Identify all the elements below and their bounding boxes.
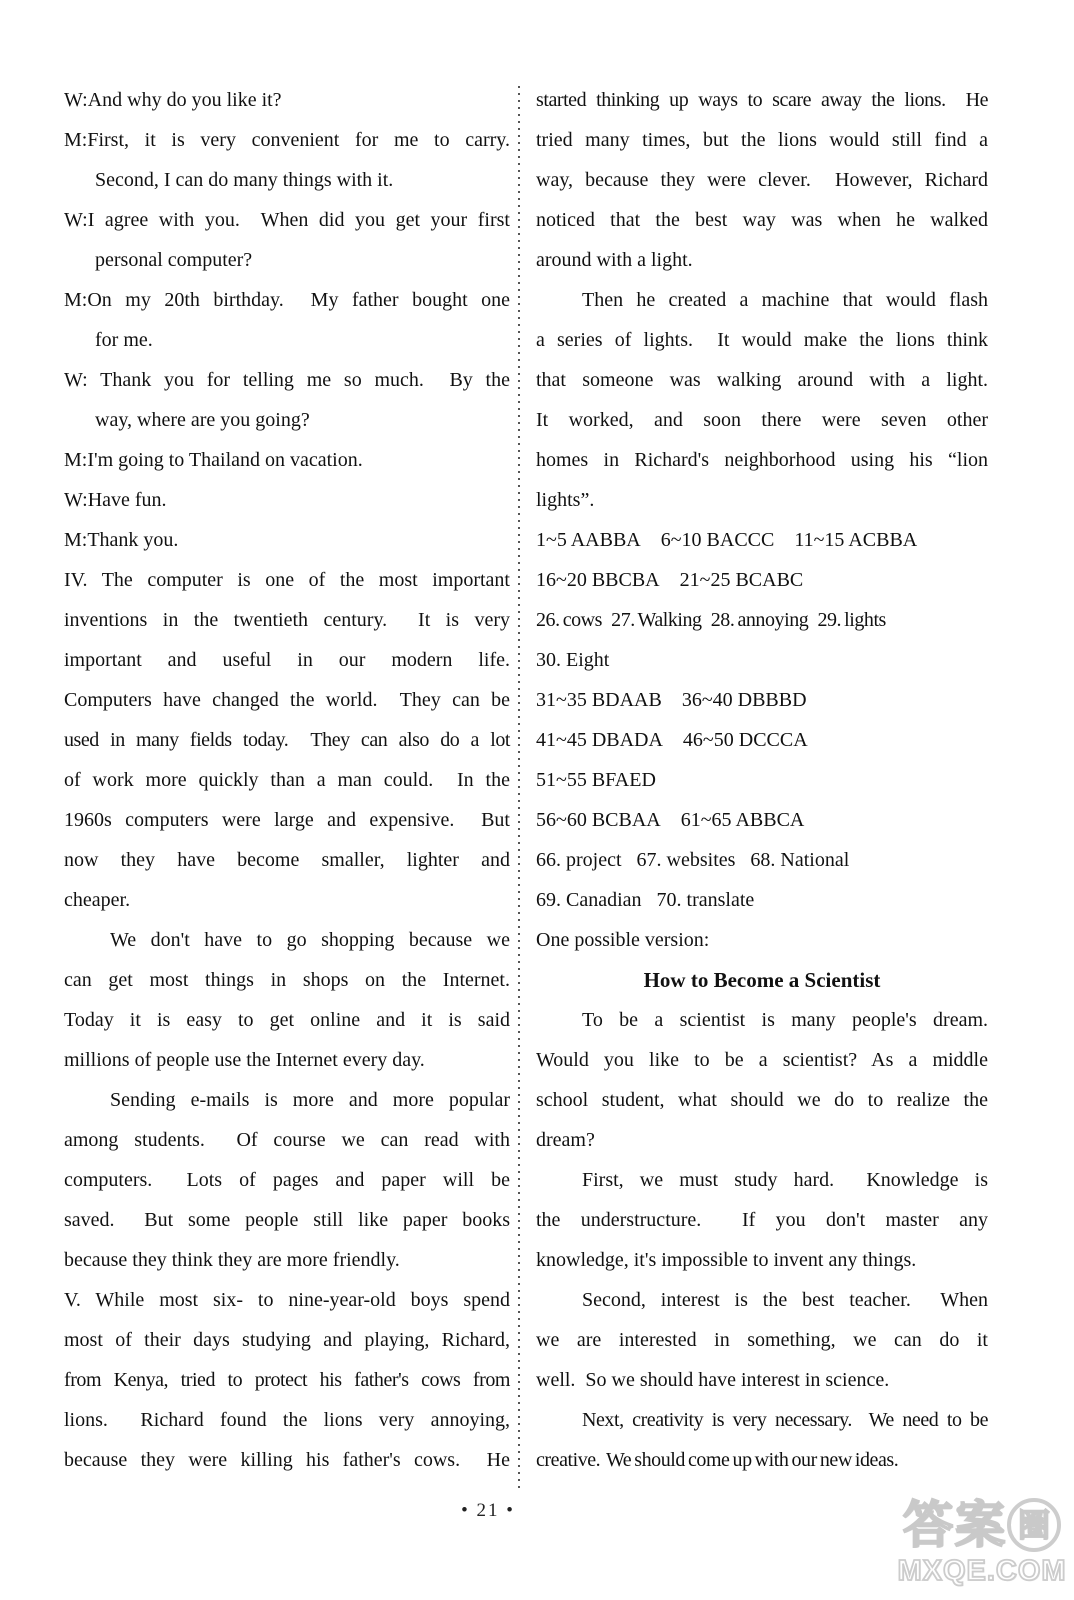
text-line: Second, I can do many things with it. (64, 160, 510, 200)
text-line: 66. project 67. websites 68. National (536, 840, 988, 880)
text-line: we are interested in something, we can d… (536, 1320, 988, 1360)
text-line: creative. We should come up with our new… (536, 1440, 988, 1480)
text-line: M:Thank you. (64, 520, 510, 560)
text-line: How to Become a Scientist (536, 960, 988, 1000)
watermark-site-text: MXQE.COM (890, 1556, 1074, 1586)
text-line: because they think they are more friendl… (64, 1240, 510, 1280)
text-line: Then he created a machine that would fla… (536, 280, 988, 320)
text-line: lions. Richard found the lions very anno… (64, 1400, 510, 1440)
text-line: among students. Of course we can read wi… (64, 1120, 510, 1160)
text-line: 16~20 BBCBA 21~25 BCABC (536, 560, 988, 600)
text-line: We don't have to go shopping because we (64, 920, 510, 960)
text-line: for me. (64, 320, 510, 360)
text-line: homes in Richard's neighborhood using hi… (536, 440, 988, 480)
watermark-char: 案 (955, 1500, 1005, 1550)
text-line: 41~45 DBADA 46~50 DCCCA (536, 720, 988, 760)
text-line: 56~60 BCBAA 61~65 ABBCA (536, 800, 988, 840)
text-line: V. While most six- to nine-year-old boys… (64, 1280, 510, 1320)
text-line: cheaper. (64, 880, 510, 920)
text-line: inventions in the twentieth century. It … (64, 600, 510, 640)
text-line: personal computer? (64, 240, 510, 280)
text-line: 51~55 BFAED (536, 760, 988, 800)
text-line: 1960s computers were large and expensive… (64, 800, 510, 840)
text-line: knowledge, it's impossible to invent any… (536, 1240, 988, 1280)
watermark: 答 案 圈 MXQE.COM (890, 1494, 1074, 1586)
text-line: most of their days studying and playing,… (64, 1320, 510, 1360)
text-line: Computers have changed the world. They c… (64, 680, 510, 720)
answer-key-page: W:And why do you like it?M:First, it is … (0, 0, 1074, 1600)
text-line: 1~5 AABBA 6~10 BACCC 11~15 ACBBA (536, 520, 988, 560)
text-line: around with a light. (536, 240, 988, 280)
text-line: the understructure. If you don't master … (536, 1200, 988, 1240)
text-line: W:I agree with you. When did you get you… (64, 200, 510, 240)
text-line: W: Thank you for telling me so much. By … (64, 360, 510, 400)
text-line: can get most things in shops on the Inte… (64, 960, 510, 1000)
text-line: computers. Lots of pages and paper will … (64, 1160, 510, 1200)
text-line: Today it is easy to get online and it is… (64, 1000, 510, 1040)
text-line: M:On my 20th birthday. My father bought … (64, 280, 510, 320)
text-line: 31~35 BDAAB 36~40 DBBBD (536, 680, 988, 720)
text-line: school student, what should we do to rea… (536, 1080, 988, 1120)
text-line: One possible version: (536, 920, 988, 960)
watermark-circle-icon: 圈 (1007, 1498, 1061, 1552)
watermark-logo: 答 案 圈 (890, 1494, 1074, 1556)
text-line: a series of lights. It would make the li… (536, 320, 988, 360)
text-line: Would you like to be a scientist? As a m… (536, 1040, 988, 1080)
column-divider (518, 86, 520, 1492)
text-line: First, we must study hard. Knowledge is (536, 1160, 988, 1200)
text-line: tried many times, but the lions would st… (536, 120, 988, 160)
text-line: noticed that the best way was when he wa… (536, 200, 988, 240)
text-line: well. So we should have interest in scie… (536, 1360, 988, 1400)
text-line: way, where are you going? (64, 400, 510, 440)
text-line: because they were killing his father's c… (64, 1440, 510, 1480)
text-line: used in many fields today. They can also… (64, 720, 510, 760)
text-line: 69. Canadian 70. translate (536, 880, 988, 920)
text-line: W:And why do you like it? (64, 80, 510, 120)
text-line: from Kenya, tried to protect his father'… (64, 1360, 510, 1400)
text-line: saved. But some people still like paper … (64, 1200, 510, 1240)
text-line: Sending e-mails is more and more popular (64, 1080, 510, 1120)
left-column: W:And why do you like it?M:First, it is … (64, 80, 510, 1480)
text-line: 26. cows 27. Walking 28. annoying 29. li… (536, 600, 988, 640)
text-line: millions of people use the Internet ever… (64, 1040, 510, 1080)
text-line: now they have become smaller, lighter an… (64, 840, 510, 880)
text-line: way, because they were clever. However, … (536, 160, 988, 200)
text-line: of work more quickly than a man could. I… (64, 760, 510, 800)
text-line: W:Have fun. (64, 480, 510, 520)
text-line: started thinking up ways to scare away t… (536, 80, 988, 120)
right-column: started thinking up ways to scare away t… (536, 80, 988, 1480)
watermark-char: 答 (903, 1500, 953, 1550)
text-line: M:First, it is very convenient for me to… (64, 120, 510, 160)
text-line: It worked, and soon there were seven oth… (536, 400, 988, 440)
text-line: IV. The computer is one of the most impo… (64, 560, 510, 600)
text-line: Second, interest is the best teacher. Wh… (536, 1280, 988, 1320)
text-line: To be a scientist is many people's dream… (536, 1000, 988, 1040)
text-line: dream? (536, 1120, 988, 1160)
text-line: Next, creativity is very necessary. We n… (536, 1400, 988, 1440)
page-number: • 21 • (428, 1500, 548, 1522)
watermark-char: 圈 (1018, 1509, 1050, 1541)
text-line: that someone was walking around with a l… (536, 360, 988, 400)
text-line: important and useful in our modern life. (64, 640, 510, 680)
text-line: M:I'm going to Thailand on vacation. (64, 440, 510, 480)
text-line: 30. Eight (536, 640, 988, 680)
text-line: lights”. (536, 480, 988, 520)
